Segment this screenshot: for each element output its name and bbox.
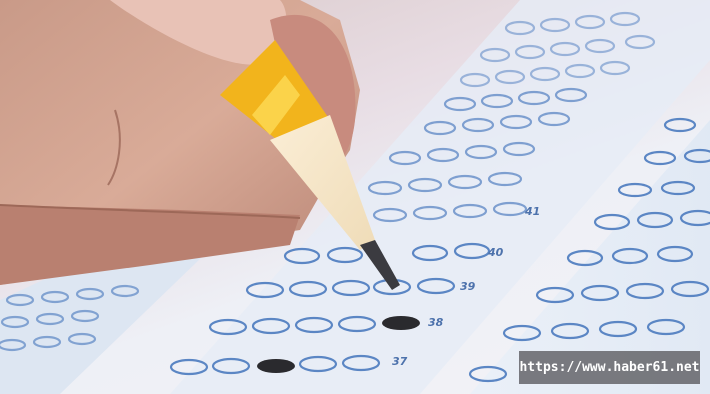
svg-text:37: 37 [392, 355, 408, 368]
photo-scene: 40 39 38 37 41 https://www.haber61.net [0, 0, 710, 394]
svg-text:39: 39 [460, 280, 476, 293]
svg-text:41: 41 [524, 205, 540, 218]
photo-illustration: 40 39 38 37 41 [0, 0, 710, 394]
watermark: https://www.haber61.net [519, 351, 700, 384]
svg-text:40: 40 [487, 246, 504, 259]
svg-text:38: 38 [428, 316, 444, 329]
